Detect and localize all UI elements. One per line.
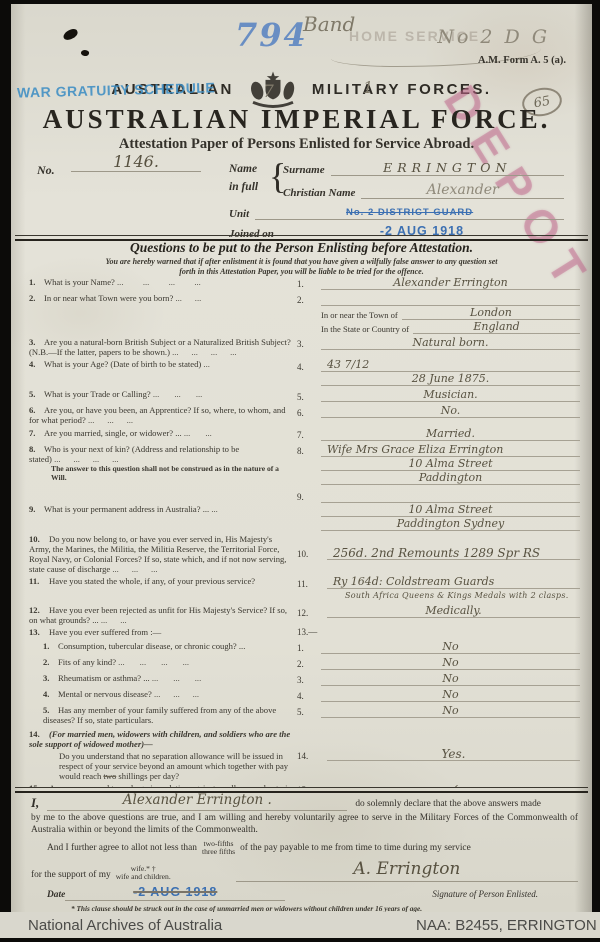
q6-text: Are you, or have you been, an Apprentice…: [29, 405, 286, 425]
archive-name: National Archives of Australia: [28, 917, 222, 934]
handwritten-band: Band: [303, 12, 355, 36]
a13-5-value: No: [321, 705, 580, 718]
a13-2-number: 2.: [297, 659, 321, 670]
a12-value: Medically.: [327, 605, 580, 618]
q14-body-b: shillings per day?: [116, 771, 179, 781]
q14-number: 14.: [29, 729, 49, 739]
declaration-name: Alexander Errington .: [47, 792, 347, 811]
question-row-14: 14.(For married men, widowers with child…: [29, 729, 580, 781]
allotment-line: And I further agree to allot not less th…: [31, 840, 578, 857]
q13-text: Have you ever suffered from :—: [49, 627, 161, 637]
q8-number: 8.: [29, 444, 44, 454]
declaration-first-line: I, Alexander Errington . do solemnly dec…: [31, 792, 578, 811]
q13-4-number: 4.: [43, 689, 58, 699]
declaration-body: by me to the above questions are true, a…: [31, 812, 578, 837]
q13-2-number: 2.: [43, 657, 58, 667]
q2-number: 2.: [29, 293, 44, 303]
surname-row: Surname ERRINGTON: [283, 160, 564, 176]
state-country-label: In the State or Country of: [321, 324, 409, 334]
page-subtitle: Attestation Paper of Persons Enlisted fo…: [11, 136, 582, 153]
a2-number: 2.: [297, 295, 321, 306]
signature-caption: Signature of Person Enlisted.: [285, 889, 578, 901]
signature-block: A. Errington: [236, 858, 578, 881]
pencil-mark-1: 1: [363, 78, 373, 97]
a13-2-value: No: [321, 657, 580, 670]
q13-number: 13.: [29, 627, 49, 637]
date-label: Date: [47, 889, 65, 901]
ink-speck: [62, 28, 79, 42]
a11-value: Ry 164d: Coldstream Guards: [327, 576, 580, 589]
a11-note: South Africa Queens & Kings Medals with …: [327, 590, 580, 602]
a8-line3: Paddington: [321, 472, 580, 485]
q4-text: What is your Age? (Date of birth to be s…: [44, 359, 201, 369]
q10-text: Do you now belong to, or have you ever s…: [29, 534, 286, 574]
town-value: London: [402, 307, 580, 320]
q1-dots: ... ... ... ...: [117, 277, 201, 287]
q13-2-dots: ... ... ... ...: [118, 657, 189, 667]
q13-5-number: 5.: [43, 705, 58, 715]
q2-text: In or near what Town were you born?: [44, 293, 173, 303]
q9-number: 9.: [29, 504, 44, 514]
q5-text: What is your Trade or Calling?: [44, 389, 151, 399]
warning-line2: forth in this Attestation Paper, you wil…: [179, 267, 423, 276]
question-row-6: 6.Are you, or have you been, an Apprenti…: [29, 405, 580, 425]
a13-1-number: 1.: [297, 643, 321, 654]
handwritten-number-794: 794: [235, 16, 308, 54]
question-row-13-3: 3.Rheumatism or asthma? ... ... ... ... …: [43, 673, 580, 687]
a13-4-number: 4.: [297, 691, 321, 702]
question-row-2: 2.In or near what Town were you born? ..…: [29, 293, 580, 335]
q11-text: Have you stated the whole, if any, of yo…: [49, 576, 255, 586]
q12-number: 12.: [29, 605, 49, 615]
fraction-bottom: three fifths: [202, 848, 235, 856]
a13-3-value: No: [321, 673, 580, 686]
question-row-4: 4.What is your Age? (Date of birth to be…: [29, 359, 580, 387]
q13-5-text: Has any member of your family suffered f…: [43, 705, 276, 725]
q5-number: 5.: [29, 389, 44, 399]
form-code: A.M. Form A. 5 (a).: [478, 55, 566, 66]
a7-value: Married.: [321, 428, 580, 441]
document-scan: 794 Band HOME SERVICE No 2 D G A.M. Form…: [0, 0, 600, 942]
a4-dob-value: 28 June 1875.: [321, 373, 580, 386]
question-row-11: 11.Have you stated the whole, if any, of…: [29, 576, 580, 603]
a13-5-number: 5.: [297, 707, 321, 718]
a4-age-value: 43 7/12: [321, 359, 580, 372]
name-label: Name: [229, 160, 258, 178]
declaration-rest: do solemnly declare that the above answe…: [355, 798, 541, 810]
attestation-paper: 794 Band HOME SERVICE No 2 D G A.M. Form…: [11, 4, 592, 912]
q6-number: 6.: [29, 405, 44, 415]
a13-3-number: 3.: [297, 675, 321, 686]
q1-number: 1.: [29, 277, 44, 287]
q3-text: Are you a natural-born British Subject o…: [29, 337, 291, 357]
a1-value: Alexander Errington: [321, 277, 580, 290]
q13-1-number: 1.: [43, 641, 58, 651]
town-of-label: In or near the Town of: [321, 310, 398, 320]
date-stamp: -2 AUG 1918: [133, 885, 217, 899]
a9-line2: Paddington Sydney: [321, 518, 580, 531]
christian-name-value: Alexander: [361, 182, 564, 199]
christian-name-row: Christian Name Alexander: [283, 182, 564, 199]
q6-dots: ... ... ...: [88, 415, 133, 425]
q13-3-dots: ... ... ...: [152, 673, 201, 683]
support-signature-row: for the support of my wife.* † wife and …: [31, 858, 578, 881]
a3-value: Natural born.: [321, 337, 580, 350]
question-row-13-5: 5.Has any member of your family suffered…: [43, 705, 580, 725]
question-row-7: 7.Are you married, single, or widower? .…: [29, 428, 580, 442]
question-row-13-4: 4.Mental or nervous disease? ... ... ...…: [43, 689, 580, 703]
pencil-mark-7: 7: [263, 82, 274, 102]
state-value: England: [413, 321, 580, 334]
q7-text: Are you married, single, or widower? ...: [44, 428, 182, 438]
a11-number: 11.: [297, 579, 327, 590]
a6-number: 6.: [297, 408, 321, 419]
q9-dots: ...: [211, 504, 217, 514]
question-row-3: 3.Are you a natural-born British Subject…: [29, 337, 580, 357]
a5-value: Musician.: [321, 389, 580, 402]
surname-value: ERRINGTON: [331, 160, 564, 176]
q13-4-dots: ... ... ...: [154, 689, 199, 699]
q14-struck-word: two: [103, 771, 116, 781]
q13-3-text: Rheumatism or asthma? ...: [58, 673, 150, 683]
q7-dots: ... ...: [184, 428, 212, 438]
a10-value: 256d. 2nd Remounts 1289 Spr RS: [327, 547, 580, 560]
question-row-5: 5.What is your Trade or Calling? ... ...…: [29, 389, 580, 403]
a8-line2: 10 Alma Street: [321, 458, 580, 471]
q13-1-text: Consumption, tubercular disease, or chro…: [58, 641, 245, 651]
q3-dots: ... ... ... ...: [172, 347, 236, 357]
q12-dots: ... ...: [101, 615, 127, 625]
a3-number: 3.: [297, 339, 321, 350]
q10-number: 10.: [29, 534, 49, 544]
in-full-label: in full: [229, 178, 258, 196]
q1-text: What is your Name?: [44, 277, 115, 287]
q2-dots: ... ...: [175, 293, 201, 303]
q9-text: What is your permanent address in Austra…: [44, 504, 209, 514]
allot-text-a: And I further agree to allot not less th…: [31, 842, 197, 854]
question-row-13-1: 1.Consumption, tubercular disease, or ch…: [43, 641, 580, 655]
q4-number: 4.: [29, 359, 44, 369]
a10-number: 10.: [297, 549, 327, 560]
a13-1-value: No: [321, 641, 580, 654]
a5-number: 5.: [297, 392, 321, 403]
question-row-12: 12.Have you ever been rejected as unfit …: [29, 605, 580, 625]
a14-number: 14.: [297, 751, 327, 762]
allot-text-b: of the pay payable to me from time to ti…: [240, 842, 471, 854]
handwritten-no2dg: No 2 D G: [437, 26, 550, 48]
q13-2-text: Fits of any kind?: [58, 657, 116, 667]
ink-speck: [80, 49, 89, 57]
question-13-subitems: 1.Consumption, tubercular disease, or ch…: [43, 641, 580, 725]
a8-number: 8.: [297, 446, 321, 457]
question-row-8: 8.Who is your next of kin? (Address and …: [29, 444, 580, 486]
question-row-13: 13.Have you ever suffered from :— 13.—: [29, 627, 580, 639]
question-row-13-2: 2.Fits of any kind? ... ... ... ... 2.No: [43, 657, 580, 671]
q8-dots: ... ... ... ...: [54, 454, 118, 464]
identity-fields: No. 1146. Name in full { Surname ERRINGT…: [11, 154, 592, 236]
a12-number: 12.: [297, 608, 327, 619]
wife-bottom: wife and children.: [116, 873, 171, 881]
fraction-stack: two-fifths three fifths: [202, 840, 235, 857]
declaration-section: I, Alexander Errington . do solemnly dec…: [31, 792, 578, 924]
a6-value: No.: [321, 405, 580, 418]
q13-3-number: 3.: [43, 673, 58, 683]
question-row-10: 10.Do you now belong to, or have you eve…: [29, 534, 580, 575]
a2-empty-line: [321, 305, 580, 306]
date-row: Date -2 AUG 1918 Signature of Person Enl…: [31, 884, 578, 902]
a7-number: 7.: [297, 430, 321, 441]
q12-text: Have you ever been rejected as unfit for…: [29, 605, 287, 625]
a8-line1: Wife Mrs Grace Eliza Errington: [321, 444, 580, 457]
q5-dots: ... ... ...: [153, 389, 202, 399]
surname-label: Surname: [283, 164, 325, 176]
unit-label: Unit: [229, 208, 249, 220]
archive-caption-bar: National Archives of Australia NAA: B245…: [0, 912, 600, 938]
questions-section-title: Questions to be put to the Person Enlist…: [11, 240, 592, 256]
service-number-value: 1146.: [71, 152, 201, 172]
a13-number: 13.—: [297, 627, 327, 638]
question-row-9: 9.What is your permanent address in Aust…: [29, 490, 580, 532]
name-in-full-label: Name in full: [229, 160, 258, 197]
a1-number: 1.: [297, 279, 321, 290]
archive-reference: NAA: B2455, ERRINGTON A: [416, 917, 600, 934]
wife-stack: wife.* † wife and children.: [116, 865, 171, 882]
unit-stamp: No. 2 DISTRICT GUARD: [346, 207, 473, 218]
christian-name-label: Christian Name: [283, 187, 355, 199]
question-row-1: 1.What is your Name? ... ... ... ... 1.A…: [29, 277, 580, 291]
warning-line1: You are hereby warned that if after enli…: [105, 257, 497, 266]
unit-row: Unit No. 2 DISTRICT GUARD: [229, 204, 564, 220]
q13-4-text: Mental or nervous disease?: [58, 689, 152, 699]
warning-text: You are hereby warned that if after enli…: [51, 257, 552, 277]
q7-number: 7.: [29, 428, 44, 438]
a13-4-value: No: [321, 689, 580, 702]
q14-intro: (For married men, widowers with children…: [29, 729, 290, 749]
q8-note: The answer to this question shall not be…: [51, 465, 293, 483]
q10-dots: ... ... ...: [112, 564, 157, 574]
questions-and-answers: 1.What is your Name? ... ... ... ... 1.A…: [29, 277, 580, 788]
q11-number: 11.: [29, 576, 49, 586]
signature-value: A. Errington: [236, 858, 578, 881]
a14-value: Yes.: [327, 748, 580, 761]
a9-number: 9.: [297, 492, 321, 503]
support-text: for the support of my: [31, 869, 111, 881]
q3-number: 3.: [29, 337, 44, 347]
declaration-pronoun: I,: [31, 794, 39, 811]
a9-line1: 10 Alma Street: [321, 504, 580, 517]
a4-number: 4.: [297, 362, 321, 373]
number-label: No.: [37, 163, 55, 178]
q4-dots: ...: [203, 359, 209, 369]
page-title: AUSTRALIAN IMPERIAL FORCE.: [11, 104, 582, 135]
